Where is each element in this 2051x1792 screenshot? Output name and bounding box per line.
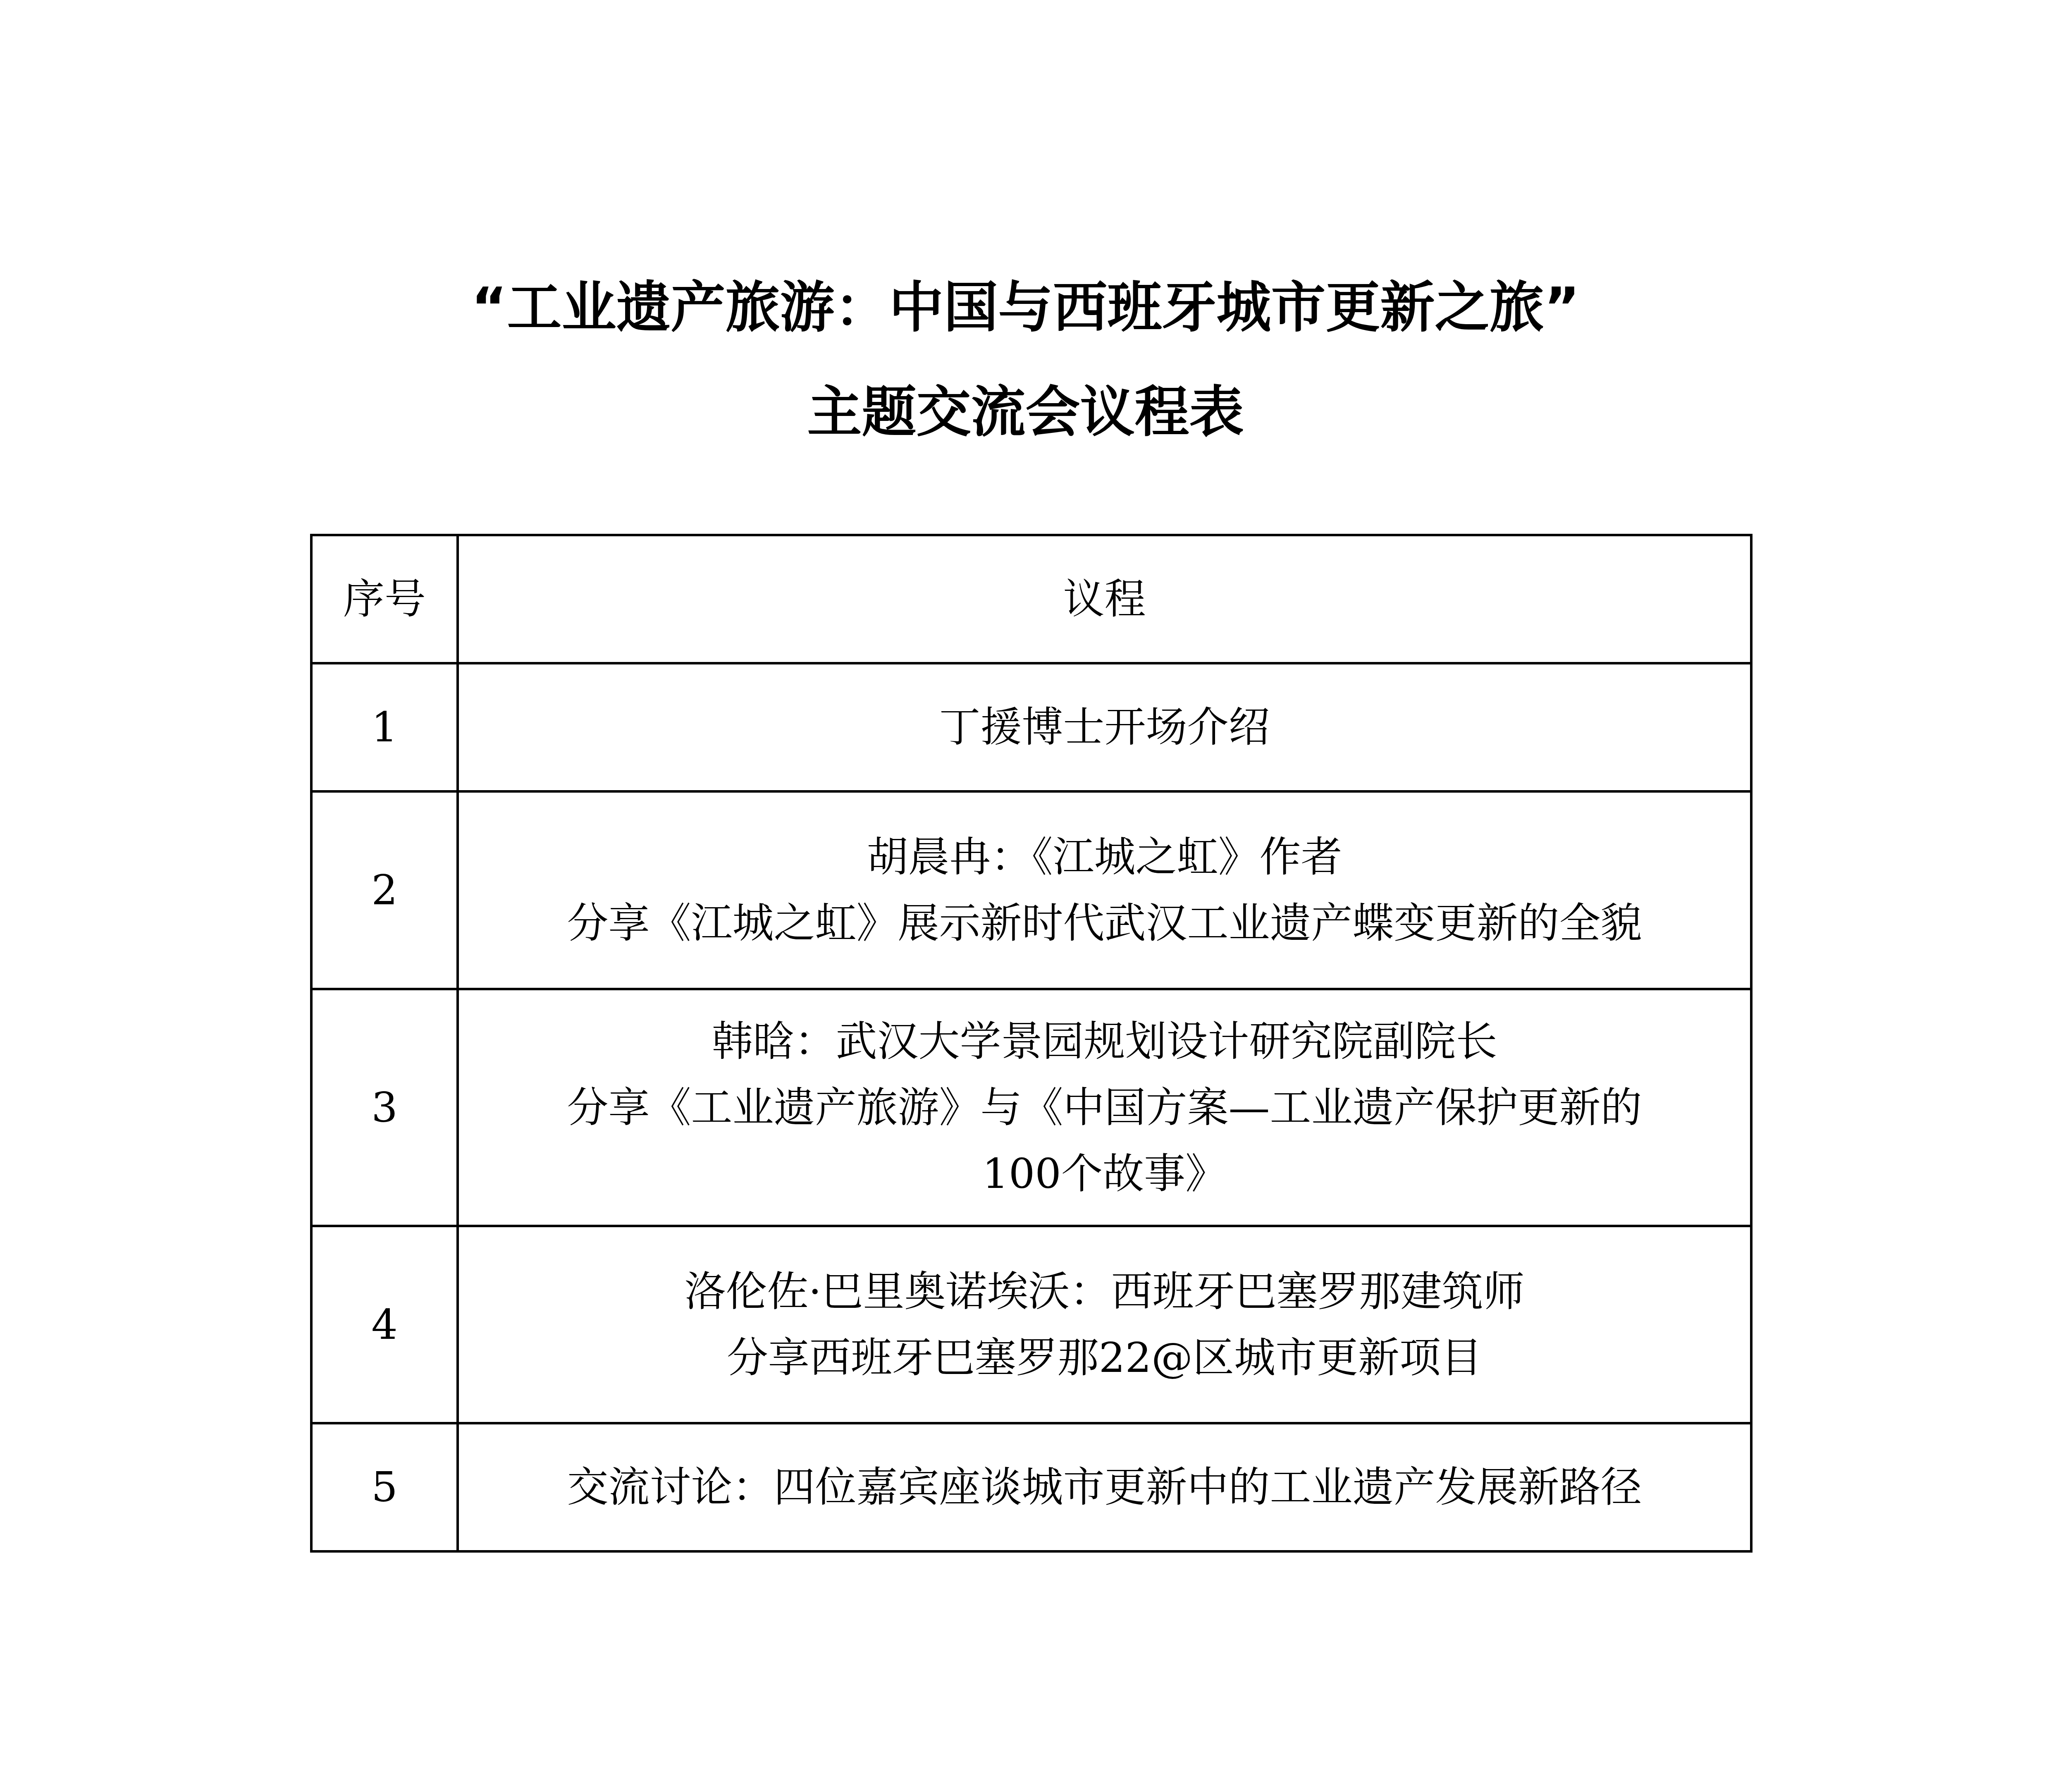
agenda-line: 分享西班牙巴塞罗那22@区城市更新项目 bbox=[459, 1325, 1750, 1391]
table-row: 3 韩晗：武汉大学景园规划设计研究院副院长 分享《工业遗产旅游》与《中国方案—工… bbox=[311, 989, 1751, 1226]
row-agenda: 韩晗：武汉大学景园规划设计研究院副院长 分享《工业遗产旅游》与《中国方案—工业遗… bbox=[458, 989, 1751, 1226]
table-row: 1 丁援博士开场介绍 bbox=[311, 663, 1751, 791]
row-number: 5 bbox=[311, 1423, 458, 1551]
agenda-line: 交流讨论：四位嘉宾座谈城市更新中的工业遗产发展新路径 bbox=[459, 1454, 1750, 1520]
document-title-line1: “工业遗产旅游：中国与西班牙城市更新之旅” bbox=[0, 275, 2051, 341]
row-number: 1 bbox=[311, 663, 458, 791]
agenda-line: 丁援博士开场介绍 bbox=[459, 694, 1750, 760]
header-number: 序号 bbox=[311, 535, 458, 663]
table-row: 4 洛伦佐·巴里奥诺埃沃：西班牙巴塞罗那建筑师 分享西班牙巴塞罗那22@区城市更… bbox=[311, 1226, 1751, 1423]
row-number: 4 bbox=[311, 1226, 458, 1423]
table-header-row: 序号 议程 bbox=[311, 535, 1751, 663]
row-agenda: 交流讨论：四位嘉宾座谈城市更新中的工业遗产发展新路径 bbox=[458, 1423, 1751, 1551]
row-agenda: 胡晨冉：《江城之虹》作者 分享《江城之虹》展示新时代武汉工业遗产蝶变更新的全貌 bbox=[458, 791, 1751, 989]
agenda-line: 胡晨冉：《江城之虹》作者 bbox=[459, 824, 1750, 890]
agenda-line: 洛伦佐·巴里奥诺埃沃：西班牙巴塞罗那建筑师 bbox=[459, 1259, 1750, 1325]
row-number: 2 bbox=[311, 791, 458, 989]
table-row: 2 胡晨冉：《江城之虹》作者 分享《江城之虹》展示新时代武汉工业遗产蝶变更新的全… bbox=[311, 791, 1751, 989]
table-row: 5 交流讨论：四位嘉宾座谈城市更新中的工业遗产发展新路径 bbox=[311, 1423, 1751, 1551]
agenda-line: 100个故事》 bbox=[459, 1141, 1750, 1207]
agenda-line: 韩晗：武汉大学景园规划设计研究院副院长 bbox=[459, 1008, 1750, 1075]
header-agenda: 议程 bbox=[458, 535, 1751, 663]
agenda-line: 分享《江城之虹》展示新时代武汉工业遗产蝶变更新的全貌 bbox=[459, 890, 1750, 956]
document-title-line2: 主题交流会议程表 bbox=[0, 379, 2051, 445]
row-agenda: 丁援博士开场介绍 bbox=[458, 663, 1751, 791]
row-agenda: 洛伦佐·巴里奥诺埃沃：西班牙巴塞罗那建筑师 分享西班牙巴塞罗那22@区城市更新项… bbox=[458, 1226, 1751, 1423]
agenda-line: 分享《工业遗产旅游》与《中国方案—工业遗产保护更新的 bbox=[459, 1075, 1750, 1141]
row-number: 3 bbox=[311, 989, 458, 1226]
agenda-table: 序号 议程 1 丁援博士开场介绍 2 胡晨冉：《江城之虹》作者 分享《江城之虹》… bbox=[310, 534, 1753, 1553]
